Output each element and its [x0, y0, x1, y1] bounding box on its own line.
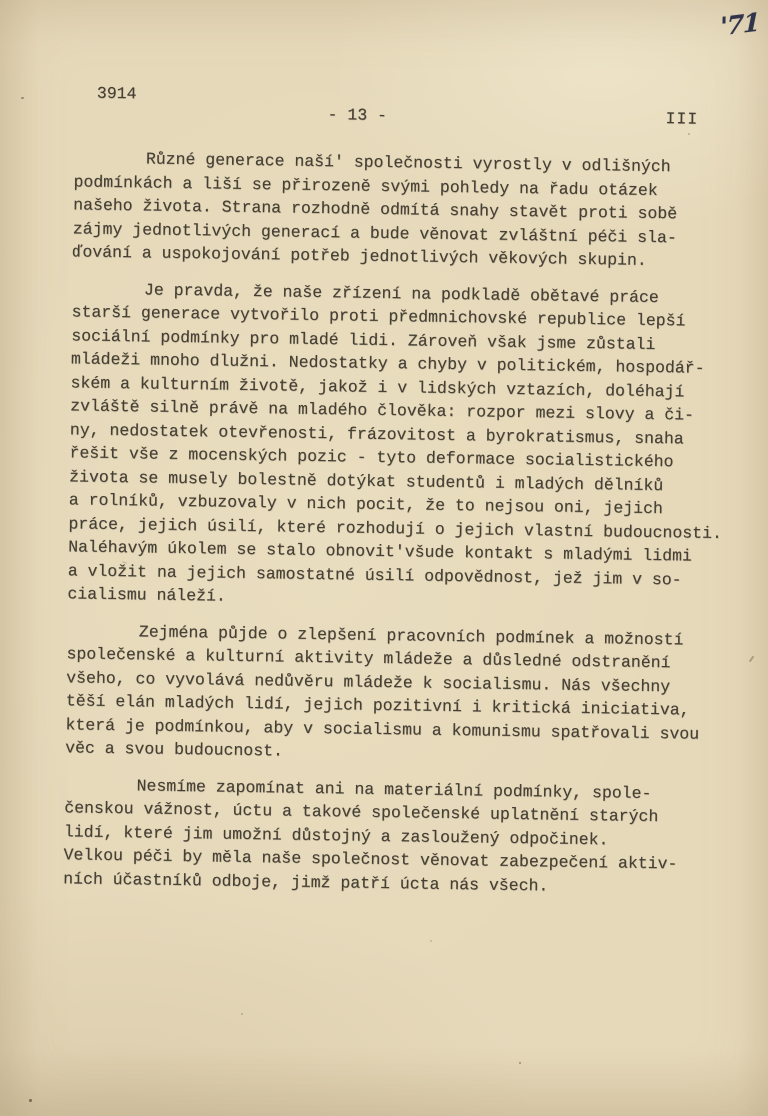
document-number: 3914: [97, 84, 137, 104]
paragraph: Různé generace naší' společnosti vyrostl…: [72, 146, 764, 274]
scanned-document-page: '71 3914 - 13 - III Různé generace naší'…: [0, 0, 768, 1116]
document-body: Různé generace naší' společnosti vyrostl…: [63, 146, 764, 913]
section-number: III: [665, 109, 698, 128]
page-number: - 13 -: [327, 105, 387, 125]
paragraph: Nesmíme zapomínat ani na materiální podm…: [63, 773, 755, 901]
paragraph: Zejména půjde o zlepšení pracovních podm…: [65, 619, 757, 770]
typed-content: 3914 - 13 - III Různé generace naší' spo…: [0, 0, 768, 1116]
paragraph: Je pravda, že naše zřízení na podkladě o…: [67, 277, 762, 616]
